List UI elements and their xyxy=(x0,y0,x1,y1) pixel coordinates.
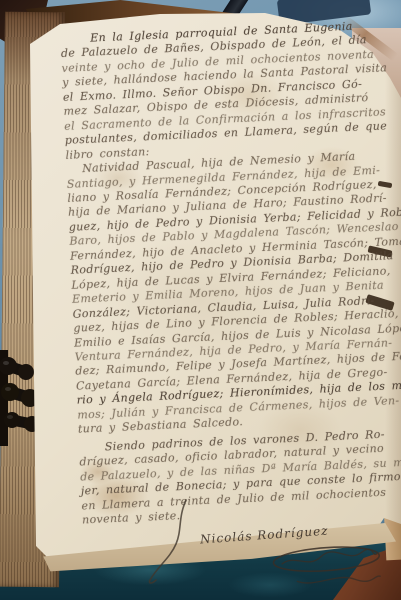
signature-rubric xyxy=(269,542,390,594)
manuscript-text: En la Iglesia parroquial de Santa Eugeni… xyxy=(60,18,401,528)
signature-flourish xyxy=(142,496,202,588)
photograph-of-manuscript: En la Iglesia parroquial de Santa Eugeni… xyxy=(0,0,401,600)
